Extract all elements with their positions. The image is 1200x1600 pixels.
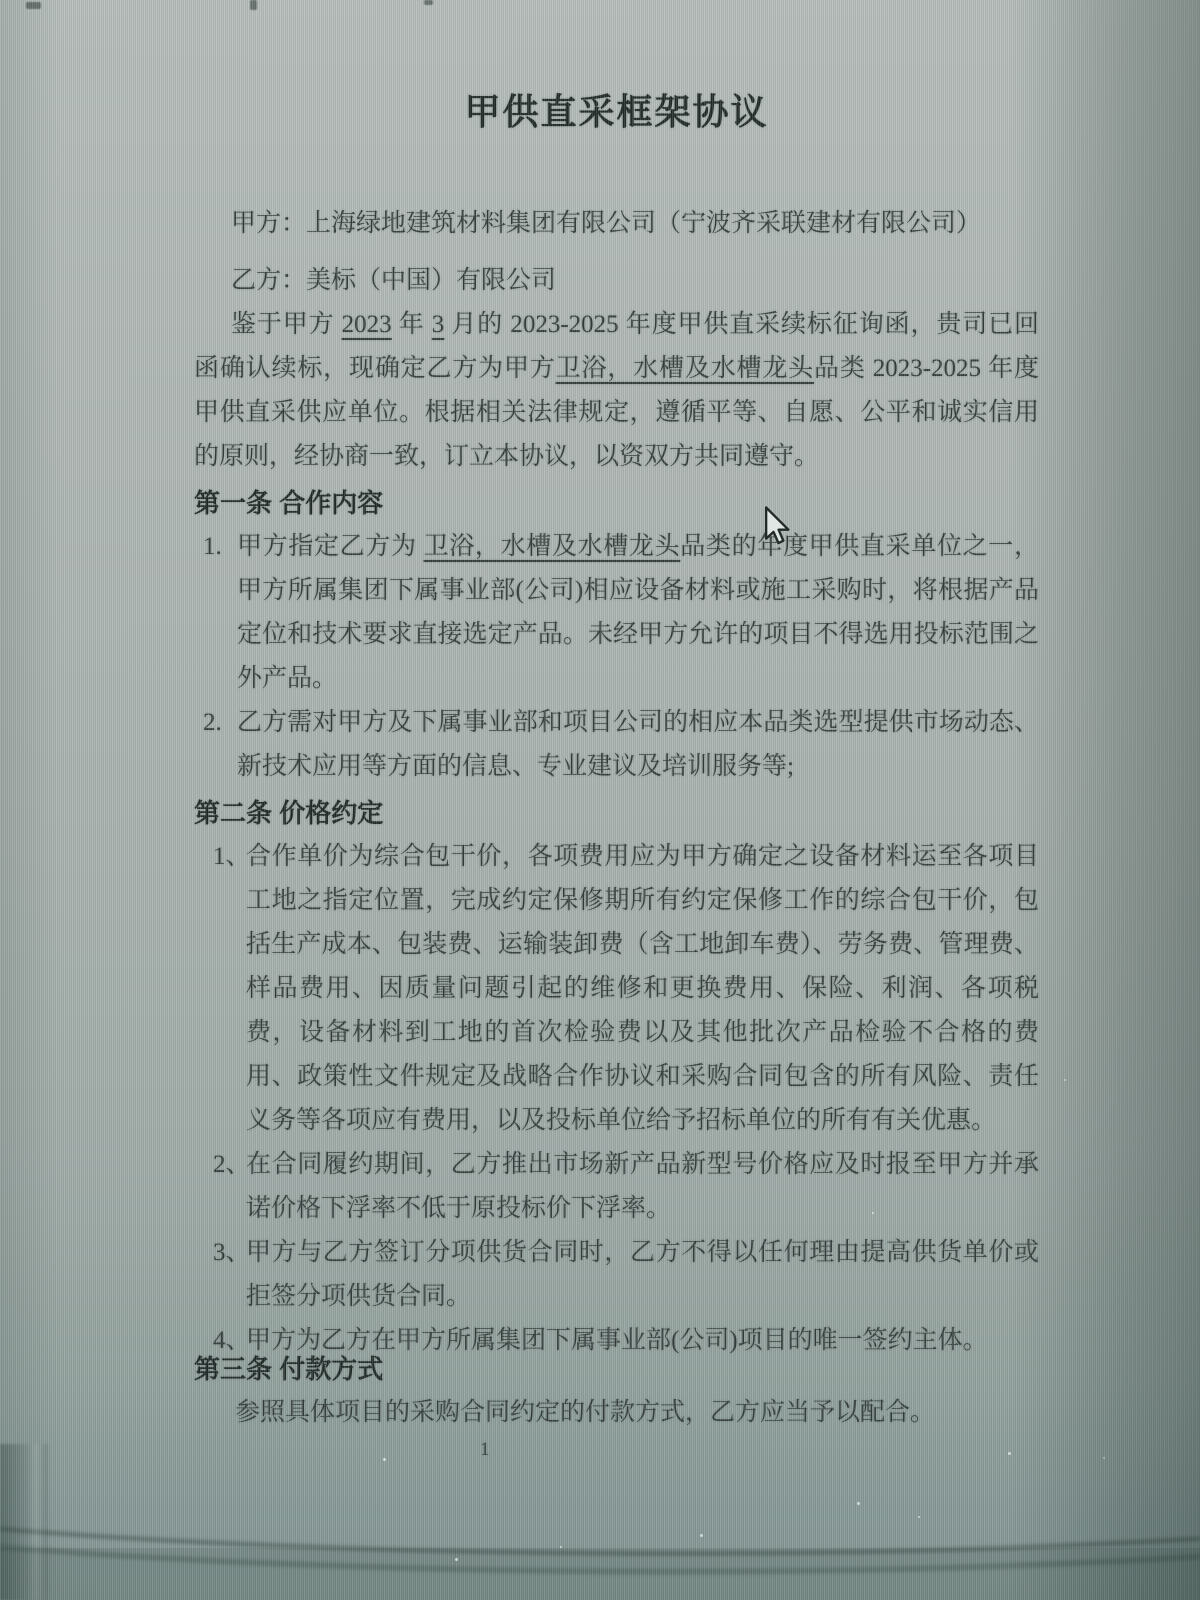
section-1-item-2: 2. 乙方需对甲方及下属事业部和项目公司的相应本品类选型提供市场动态、新技术应用… xyxy=(194,701,1039,789)
screen-photo: 甲供直采框架协议 甲方：上海绿地建筑材料集团有限公司（宁波齐采联建材有限公司） … xyxy=(0,0,1200,1600)
page-bottom-shadow-curve xyxy=(0,1500,1200,1600)
dust-speck xyxy=(1103,1457,1105,1459)
item-marker: 1、 xyxy=(194,835,246,1143)
section-2-item-2: 2、 在合同履约期间，乙方推出市场新产品新型号价格应及时报至甲方并承诺价格下浮率… xyxy=(194,1143,1039,1231)
section-2-heading: 第二条 价格约定 xyxy=(194,791,1039,835)
dust-speck xyxy=(383,1458,386,1461)
section-2-item-1: 1、 合作单价为综合包干价，各项费用应为甲方确定之设备材料运至各项目工地之指定位… xyxy=(194,835,1039,1143)
dust-speck xyxy=(455,1558,458,1561)
preamble-paragraph: 鉴于甲方 2023 年 3 月的 2023-2025 年度甲供直采续标征询函，贵… xyxy=(194,303,1039,479)
document-page: 甲供直采框架协议 甲方：上海绿地建筑材料集团有限公司（宁波齐采联建材有限公司） … xyxy=(194,84,1039,1435)
item-marker: 3、 xyxy=(194,1231,246,1319)
dust-speck xyxy=(857,1502,860,1505)
item-text: 乙方需对甲方及下属事业部和项目公司的相应本品类选型提供市场动态、新技术应用等方面… xyxy=(237,701,1039,789)
item-marker: 2、 xyxy=(194,1143,246,1231)
screen-bottom-shade xyxy=(0,1548,1200,1600)
item-text: 甲方指定乙方为 卫浴，水槽及水槽龙头品类的年度甲供直采单位之一，甲方所属集团下属… xyxy=(237,525,1039,701)
page-number: 1 xyxy=(480,1438,490,1462)
top-edge-artifact xyxy=(250,0,257,10)
item-text: 合作单价为综合包干价，各项费用应为甲方确定之设备材料运至各项目工地之指定位置，完… xyxy=(246,835,1039,1143)
item-text: 在合同履约期间，乙方推出市场新产品新型号价格应及时报至甲方并承诺价格下浮率不低于… xyxy=(246,1143,1039,1231)
document-title: 甲供直采框架协议 xyxy=(194,84,1039,140)
mouse-cursor xyxy=(763,506,793,546)
dust-speck xyxy=(560,1546,562,1548)
top-edge-artifact xyxy=(26,2,41,9)
party-b-line: 乙方：美标（中国）有限公司 xyxy=(194,259,1039,303)
item-text: 甲方与乙方签订分项供货合同时，乙方不得以任何理由提高供货单价或拒签分项供货合同。 xyxy=(246,1231,1039,1319)
dust-speck xyxy=(918,1516,920,1518)
section-1-item-1: 1. 甲方指定乙方为 卫浴，水槽及水槽龙头品类的年度甲供直采单位之一，甲方所属集… xyxy=(194,525,1039,701)
section-2-item-3: 3、 甲方与乙方签订分项供货合同时，乙方不得以任何理由提高供货单价或拒签分项供货… xyxy=(194,1231,1039,1319)
section-1-heading: 第一条 合作内容 xyxy=(194,481,1039,525)
top-edge-artifact xyxy=(424,0,433,5)
dust-speck xyxy=(700,1534,703,1537)
dust-speck xyxy=(1064,1079,1066,1081)
dust-speck xyxy=(1008,1452,1011,1455)
item-marker: 2. xyxy=(194,701,237,789)
screen-left-edge-shadow xyxy=(0,1444,48,1600)
item-marker: 1. xyxy=(194,525,237,701)
section-3-body: 参照具体项目的采购合同约定的付款方式，乙方应当予以配合。 xyxy=(194,1391,1039,1435)
party-a-line: 甲方：上海绿地建筑材料集团有限公司（宁波齐采联建材有限公司） xyxy=(194,202,1039,246)
